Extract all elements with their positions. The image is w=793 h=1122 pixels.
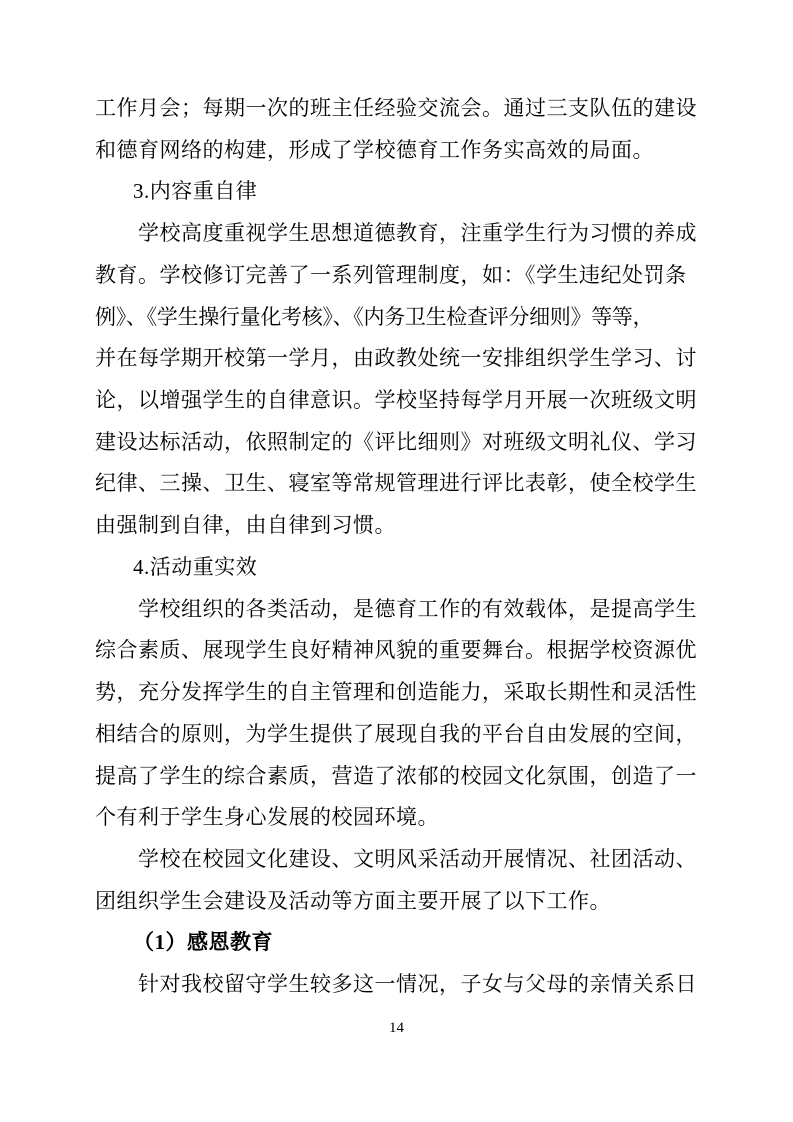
text-line: 例》、《学生操行量化考核》、《内务卫生检查评分细则》等等， xyxy=(95,297,701,339)
text-line: 学校高度重视学生思想道德教育，注重学生行为习惯的养成 xyxy=(95,213,701,255)
text-line: 纪律、三操、卫生、寝室等常规管理进行评比表彰，使全校学生 xyxy=(95,463,701,505)
text-line: 势，充分发挥学生的自主管理和创造能力，采取长期性和灵活性 xyxy=(95,672,701,714)
text-line: 个有利于学生身心发展的校园环境。 xyxy=(95,797,701,839)
document-page: 工作月会；每期一次的班主任经验交流会。通过三支队伍的建设 和德育网络的构建，形成… xyxy=(0,0,793,1122)
section-heading-3: 3.内容重自律 xyxy=(95,171,701,213)
text-line: 提高了学生的综合素质，营造了浓郁的校园文化氛围，创造了一 xyxy=(95,756,701,798)
text-line: 工作月会；每期一次的班主任经验交流会。通过三支队伍的建设 xyxy=(95,88,701,130)
text-line: 综合素质、展现学生良好精神风貌的重要舞台。根据学校资源优 xyxy=(95,630,701,672)
text-line: 建设达标活动，依照制定的《评比细则》对班级文明礼仪、学习 xyxy=(95,422,701,464)
text-line: 针对我校留守学生较多这一情况，子女与父母的亲情关系日 xyxy=(95,964,701,1006)
document-body: 工作月会；每期一次的班主任经验交流会。通过三支队伍的建设 和德育网络的构建，形成… xyxy=(95,88,701,1006)
text-line: 由强制到自律，由自律到习惯。 xyxy=(95,505,701,547)
page-number: 14 xyxy=(0,1018,793,1038)
text-line: 相结合的原则，为学生提供了展现自我的平台自由发展的空间， xyxy=(95,714,701,756)
subsection-heading-1: （1）感恩教育 xyxy=(95,922,701,964)
text-line: 和德育网络的构建，形成了学校德育工作务实高效的局面。 xyxy=(95,130,701,172)
section-heading-4: 4.活动重实效 xyxy=(95,547,701,589)
text-line: 学校在校园文化建设、文明风采活动开展情况、社团活动、 xyxy=(95,839,701,881)
text-line: 学校组织的各类活动，是德育工作的有效载体，是提高学生 xyxy=(95,589,701,631)
text-line: 并在每学期开校第一学月，由政教处统一安排组织学生学习、讨 xyxy=(95,338,701,380)
text-line: 团组织学生会建设及活动等方面主要开展了以下工作。 xyxy=(95,881,701,923)
text-line: 论，以增强学生的自律意识。学校坚持每学月开展一次班级文明 xyxy=(95,380,701,422)
text-line: 教育。学校修订完善了一系列管理制度，如：《学生违纪处罚条 xyxy=(95,255,701,297)
